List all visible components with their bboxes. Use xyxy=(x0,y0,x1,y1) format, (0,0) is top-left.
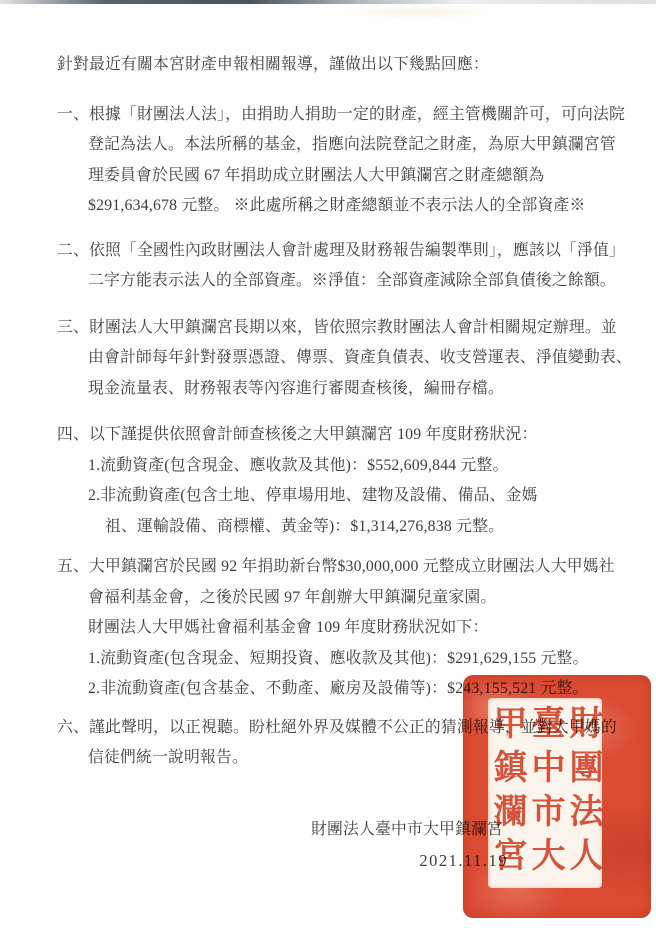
document-line: 祖、運輸設備、商標權、黃金等)：$1,314,276,838 元整。 xyxy=(57,512,619,543)
document-line: 針對最近有關本宮財產申報相關報導，謹做出以下幾點回應： xyxy=(57,50,619,81)
document-line: 2.非流動資產(包含土地、停車場用地、建物及設備、備品、金媽 xyxy=(57,481,619,512)
document-line: 現金流量表、財務報表等內容進行審閱查核後，編冊存檔。 xyxy=(57,374,619,405)
document-line: 理委員會於民國 67 年捐助成立財團法人大甲鎮瀾宮之財產總額為 xyxy=(57,161,619,192)
document-line: 由會計師每年針對發票憑證、傳票、資產負債表、收支營運表、淨值變動表、 xyxy=(57,343,619,374)
scan-smudge-artifact xyxy=(338,6,498,18)
temple-seal-text: 財團法人臺中市大甲鎮瀾宮 xyxy=(488,698,602,884)
document-line: 會福利基金會，之後於民國 97 年創辦大甲鎮瀾兒童家園。 xyxy=(57,583,619,614)
document-line-section-3: 三、財團法人大甲鎮瀾宮長期以來，皆依照宗教財團法人會計相關規定辦理。並 xyxy=(57,313,619,344)
document-line-section-2: 二、依照「全國性內政財團法人會計處理及財務報告編製準則」，應該以「淨值」 xyxy=(57,236,619,267)
document-line: $291,634,678 元整。 ※此處所稱之財產總額並不表示法人的全部資產※ xyxy=(57,191,619,222)
document-line: 1.流動資產(包含現金、應收款及其他)：$552,609,844 元整。 xyxy=(57,451,619,482)
temple-seal-inner-panel: 財團法人臺中市大甲鎮瀾宮 xyxy=(488,698,602,888)
document-line: 財團法人大甲媽社會福利基金會 109 年度財務狀況如下： xyxy=(57,613,619,644)
document-line-section-5: 五、大甲鎮瀾宮於民國 92 年捐助新台幣$30,000,000 元整成立財團法人… xyxy=(57,552,619,583)
document-line-section-1: 一、根據「財團法人法」，由捐助人捐助一定的財產，經主管機關許可，可向法院 xyxy=(57,100,619,131)
document-line: 登記為法人。本法所稱的基金，指應向法院登記之財產，為原大甲鎮瀾宮管 xyxy=(57,130,619,161)
document-line: 二字方能表示法人的全部資產。※淨值：全部資產減除全部負債後之餘額。 xyxy=(57,266,619,297)
temple-seal: 財團法人臺中市大甲鎮瀾宮 xyxy=(463,675,651,918)
document-line: 1.流動資產(包含現金、短期投資、應收款及其他)：$291,629,155 元整… xyxy=(57,644,619,675)
scanner-edge-artifact xyxy=(0,0,656,4)
document-line-section-4: 四、以下謹提供依照會計師查核後之大甲鎮瀾宮 109 年度財務狀況： xyxy=(57,420,619,451)
